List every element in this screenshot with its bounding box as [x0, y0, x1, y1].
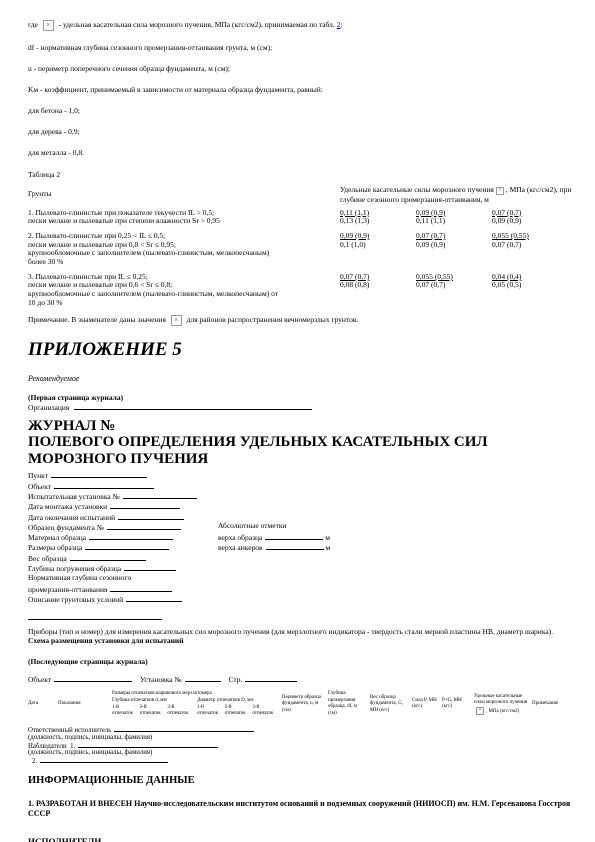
colon: :: [340, 20, 342, 29]
row3-soils: 3. Пылевато-глинистые при IL ≤ 0,25; пес…: [28, 273, 340, 308]
scheme-line: Схема размещения установки для испытаний: [28, 637, 577, 646]
imprint-2: 2-й отпечаток: [140, 705, 168, 718]
denominator: 0,05 (0,5): [492, 281, 568, 290]
tau-definition-text: - удельная касательная сила морозного пу…: [59, 20, 335, 29]
imprint-2: 2-й отпечаток: [225, 705, 253, 718]
journal-table-header: Дата Показания Размеры отпечатков шарико…: [28, 691, 578, 718]
tau-pre: Удельные касательные силы морозного пуче…: [474, 694, 527, 706]
abs-marks-title: Абсолютные отметки: [218, 522, 330, 532]
broken-image-x: ×: [44, 21, 53, 30]
blank-field: [114, 726, 254, 732]
row1-soils: 1. Пылевато-глинистые при показателе тек…: [28, 209, 340, 226]
field-label: Размеры образца: [28, 543, 82, 552]
tau-tail: , МПа (кгс/см2): [486, 709, 519, 714]
mark-top-label: верха образца: [218, 533, 262, 542]
row1-val2: 0,09 (0,9) 0,11 (1,1): [416, 209, 492, 226]
broken-image-icon: ×: [476, 707, 484, 715]
field-label: Дата окончания испытаний: [28, 513, 115, 522]
table2: Грунты Удельные касательные силы морозно…: [28, 185, 577, 307]
next-pages-note: (Последующие страницы журнала): [28, 658, 577, 667]
note-tail: для районов распространения вечномерзлых…: [187, 316, 359, 325]
row1-val3: 0,07 (0,7) 0,09 (0,9): [492, 209, 568, 226]
signatures-block: Ответственный исполнитель (должность, по…: [28, 726, 577, 765]
unit-m: м: [325, 533, 330, 542]
responsible-label: Ответственный исполнитель: [28, 727, 111, 734]
row1-val1: 0,11 (1,1) 0,13 (1,3): [340, 209, 416, 226]
field-label: Нормативная глубина сезонного: [28, 573, 131, 582]
responsible-line: Ответственный исполнитель: [28, 726, 577, 734]
appendix-kind: Рекомендуемое: [28, 374, 577, 383]
form-line: Дата окончания испытаний: [28, 513, 577, 523]
col-readings: Показания: [58, 701, 112, 708]
journal-title-line3: МОРОЗНОГО ПУЧЕНИЯ: [28, 451, 577, 468]
organization-label: Организация: [28, 403, 69, 412]
note-pre: Примечание. В знаменателе даны значения: [28, 316, 166, 325]
table2-col-soils: Грунты: [28, 190, 340, 199]
col-p-plus-g: Р+G, МН (кгс): [442, 698, 474, 711]
blank-field: [245, 675, 297, 682]
coef-wood: для дерева - 0,9;: [28, 128, 577, 137]
blank-field: [78, 742, 218, 748]
imprints-halves: Глубина отпечатков d, мм 1-й отпечаток 2…: [112, 698, 278, 718]
observer-2-line: 2.: [28, 757, 577, 765]
broken-image-x: ×: [497, 188, 503, 194]
imprint-3: 3-й отпечаток: [167, 705, 195, 718]
blank-field: [124, 564, 176, 571]
row3-val1: 0,07 (0,7) 0,08 (0,8): [340, 273, 416, 308]
blank-field: [185, 675, 221, 682]
caption-line: (должность, подпись, инициалы, фамилия): [28, 734, 577, 742]
definition-line-tau: где × - удельная касательная сила морозн…: [28, 20, 577, 31]
row2-val2: 0,07 (0,7) 0,09 (0,9): [416, 232, 492, 267]
field-label: Испытательная установка №: [28, 492, 120, 501]
row2-soils: 2. Пылевато-глинистые при 0,25 < IL ≤ 0,…: [28, 232, 340, 267]
field-label: промерзания-оттаивания: [28, 585, 107, 594]
blank-field: [126, 595, 182, 602]
object-label: Объект: [28, 675, 51, 684]
blank-field: [110, 585, 172, 592]
mark-top-line: верха образца м: [218, 533, 330, 543]
imprint-1: 1-й отпечаток: [112, 705, 140, 718]
broken-image-icon: ×: [171, 315, 182, 326]
blank-field: [51, 471, 147, 478]
form-line: Дата монтажа установки: [28, 502, 577, 512]
row3-val3: 0,04 (0,4) 0,05 (0,5): [492, 273, 568, 308]
col-imprints-group: Размеры отпечатков шарикового мерзлотоме…: [112, 691, 282, 718]
blank-field: [118, 513, 184, 520]
denominator: 0,11 (1,1): [416, 217, 492, 226]
denominator: 0,08 (0,8): [340, 281, 416, 290]
field-label: Глубина погружения образца: [28, 564, 121, 573]
denominator: 0,07 (0,7): [492, 241, 568, 250]
definition-line-df: df - нормативная глубина сезонного проме…: [28, 44, 577, 53]
broken-image-icon: ×: [43, 20, 54, 31]
absolute-marks-block: Абсолютные отметки верха образца м верха…: [218, 522, 330, 553]
table2-col-forces: Удельные касательные силы морозного пуче…: [340, 185, 577, 203]
blank-field: [110, 502, 180, 509]
continuation-underline: [28, 607, 577, 625]
denominator: 0,07 (0,7): [416, 281, 492, 290]
denominator: 0,13 (1,3): [340, 217, 416, 226]
form-line: Вес образца: [28, 554, 577, 564]
blank-field: [266, 543, 324, 550]
col-date: Дата: [28, 701, 58, 708]
table2-header-row: Грунты Удельные касательные силы морозно…: [28, 185, 577, 203]
coef-metal: для металла - 0,8.: [28, 149, 577, 158]
depth-cells: 1-й отпечаток 2-й отпечаток 3-й отпечато…: [112, 705, 195, 718]
info-paragraph-1: 1. РАЗРАБОТАН И ВНЕСЕН Научно-исследоват…: [28, 799, 580, 820]
broken-image-x: ×: [172, 316, 181, 325]
broken-image-icon: ×: [496, 187, 504, 195]
blank-field: [89, 533, 173, 540]
where-label: где: [28, 20, 38, 29]
row1-line2: пески мелкие и пылеватые при степени вла…: [28, 217, 330, 226]
imprint-3: 3-й отпечаток: [252, 705, 280, 718]
journal-title-line2: ПОЛЕВОГО ОПРЕДЕЛЕНИЯ УДЕЛЬНЫХ КАСАТЕЛЬНЫ…: [28, 434, 577, 451]
imprint-depth-half: Глубина отпечатков d, мм 1-й отпечаток 2…: [112, 698, 197, 718]
form-line: Объект: [28, 482, 577, 492]
col-weight: Вес образца фундамента, G, МН (кгс): [370, 695, 412, 715]
document-page: где × - удельная касательная сила морозн…: [0, 0, 595, 842]
row2-line3: крупнообломочные с заполнителем (пылеват…: [28, 249, 330, 258]
definition-line-u: u - периметр поперечного сечения образца…: [28, 65, 577, 74]
mark-anchor-line: верха анкеров м: [218, 543, 330, 553]
unit-number-label: Установка №: [140, 675, 182, 684]
journal-title: ЖУРНАЛ № ПОЛЕВОГО ОПРЕДЕЛЕНИЯ УДЕЛЬНЫХ К…: [28, 418, 577, 468]
form-line: Пункт: [28, 471, 577, 481]
blank-field: [107, 523, 181, 530]
field-label: Объект: [28, 482, 51, 491]
broken-image-x: ×: [477, 708, 483, 714]
form-line: Описание грунтовых условий: [28, 595, 577, 605]
col-perimeter: Периметр образца фундамента, u, м (см): [282, 695, 328, 715]
imprint-diameter-half: Диаметр отпечатков D, мм 1-й отпечаток 2…: [197, 698, 282, 718]
observer-2: 2.: [32, 758, 37, 765]
table2-head-text: Удельные касательные силы морозного пуче…: [340, 185, 494, 194]
blank-field: [54, 675, 132, 682]
table-row: 3. Пылевато-глинистые при IL ≤ 0,25; пес…: [28, 273, 577, 308]
table2-label: Таблица 2: [28, 171, 577, 180]
definition-line-km: Kм - коэффициент, принимаемый в зависимо…: [28, 86, 577, 95]
executors-heading: ИСПОЛНИТЕЛИ: [28, 837, 577, 842]
journal-page-header: Объект Установка № Стр.: [28, 675, 577, 685]
field-label: Материал образца: [28, 533, 86, 542]
row3-line4: 10 до 30 %: [28, 299, 330, 308]
row3-val2: 0,055 (0,55) 0,07 (0,7): [416, 273, 492, 308]
form-line: промерзания-оттаивания: [28, 585, 577, 595]
table-row: 1. Пылевато-глинистые при показателе тек…: [28, 209, 577, 226]
caption-line: (должность, подпись, инициалы, фамилия): [28, 749, 577, 757]
blank-field: [123, 492, 197, 499]
col-freeze-depth: Глубина промерзания образца, df, м (см): [328, 691, 370, 717]
unit-m: м: [325, 543, 330, 552]
journal-title-line1: ЖУРНАЛ №: [28, 418, 577, 435]
col-force: Сила Р, МН (кгс): [412, 698, 442, 711]
field-label: Описание грунтовых условий: [28, 595, 123, 604]
table-row: 2. Пылевато-глинистые при 0,25 < IL ≤ 0,…: [28, 232, 577, 267]
field-label: Пункт: [28, 471, 48, 480]
table2-note: Примечание. В знаменателе даны значения …: [28, 315, 577, 326]
imprints-group-title: Размеры отпечатков шарикового мерзлотоме…: [112, 691, 278, 698]
organization-line: Организация: [28, 403, 577, 413]
row2-val3: 0,055 (0,55) 0,07 (0,7): [492, 232, 568, 267]
first-page-note: (Первая страница журнала): [28, 394, 577, 403]
denominator: 0,1 (1,0): [340, 241, 416, 250]
form-line: Испытательная установка №: [28, 492, 577, 502]
diameter-cells: 1-й отпечаток 2-й отпечаток 3-й отпечато…: [197, 705, 280, 718]
col-tangential-forces: Удельные касательные силы морозного пуче…: [474, 694, 532, 716]
blank-field: [85, 543, 169, 550]
observers-line: Наблюдатели 1.: [28, 742, 577, 750]
page-label: Стр.: [228, 675, 242, 684]
blank-field: [265, 533, 323, 540]
coef-concrete: для бетона - 1,0;: [28, 107, 577, 116]
form-line: Нормативная глубина сезонного: [28, 574, 577, 584]
field-label: Дата монтажа установки: [28, 502, 107, 511]
row2-line4: более 30 %: [28, 258, 330, 267]
mark-anchor-label: верха анкеров: [218, 543, 263, 552]
field-label: Образец фундамента №: [28, 523, 104, 532]
blank-field: [40, 757, 168, 763]
row2-val1: 0,09 (0,9) 0,1 (1,0): [340, 232, 416, 267]
field-label: Вес образца: [28, 554, 67, 563]
denominator: 0,09 (0,9): [416, 241, 492, 250]
imprint-1: 1-й отпечаток: [197, 705, 225, 718]
row3-line3: крупнообломочные с заполнителем (пылеват…: [28, 290, 330, 299]
blank-field: [54, 482, 154, 489]
denominator: 0,09 (0,9): [492, 217, 568, 226]
info-heading: ИНФОРМАЦИОННЫЕ ДАННЫЕ: [28, 775, 577, 786]
blank-field: [70, 554, 146, 561]
appendix-title: ПРИЛОЖЕНИЕ 5: [28, 339, 577, 361]
journal-form: Пункт Объект Испытательная установка № Д…: [28, 471, 577, 605]
col-note: Примечание: [532, 701, 576, 708]
blank-field: [28, 613, 162, 620]
organization-field: [74, 403, 312, 410]
